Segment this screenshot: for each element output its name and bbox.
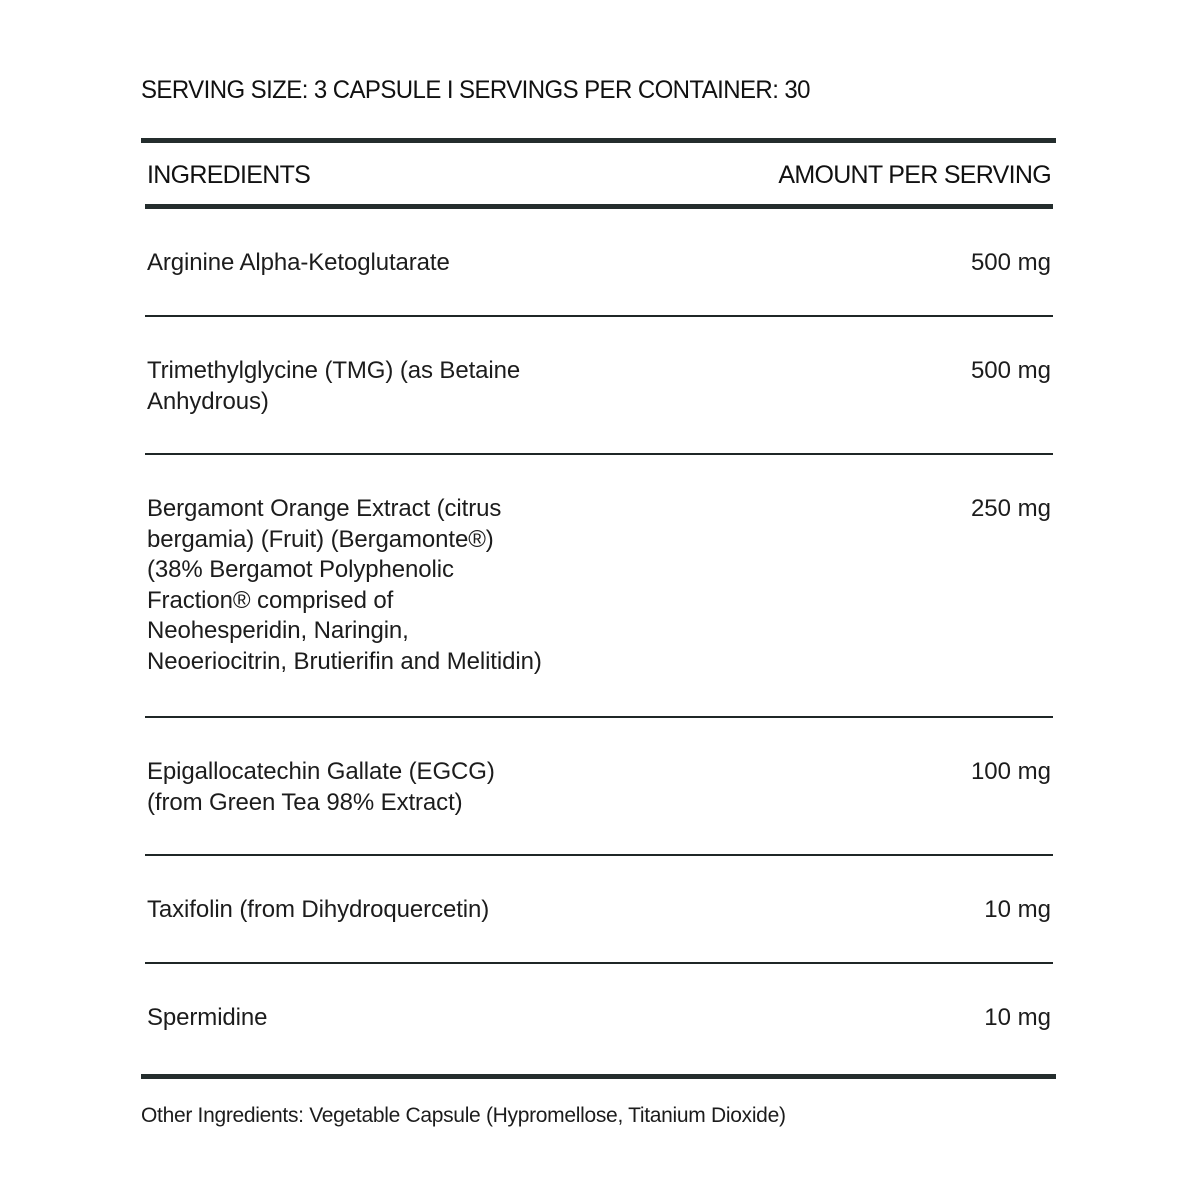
ingredient-name: Spermidine [147,1003,597,1034]
ingredient-name-line: Neoeriocitrin, Brutierifin and Melitidin… [147,647,597,678]
row-divider [145,962,1053,964]
ingredient-name-line: Trimethylglycine (TMG) (as Betaine [147,356,597,387]
ingredient-amount: 250 mg [971,494,1051,525]
header-divider [145,204,1053,209]
ingredient-amount: 10 mg [984,895,1051,926]
row-divider [145,315,1053,317]
ingredient-amount: 500 mg [971,356,1051,387]
ingredient-name: Taxifolin (from Dihydroquercetin) [147,895,597,926]
column-header-row: INGREDIENTS AMOUNT PER SERVING [147,161,1051,190]
ingredient-name-line: Neohesperidin, Naringin, [147,616,597,647]
ingredient-name: Arginine Alpha-Ketoglutarate [147,248,597,279]
ingredient-name-line: Arginine Alpha-Ketoglutarate [147,248,597,279]
ingredient-row: Spermidine 10 mg [147,1003,1051,1034]
serving-info: SERVING SIZE: 3 CAPSULE I SERVINGS PER C… [141,76,810,105]
ingredient-name: Trimethylglycine (TMG) (as Betaine Anhyd… [147,356,597,417]
ingredient-name-line: (from Green Tea 98% Extract) [147,788,597,819]
ingredient-name-line: Bergamont Orange Extract (citrus [147,494,597,525]
row-divider [145,716,1053,718]
ingredient-name: Epigallocatechin Gallate (EGCG) (from Gr… [147,757,597,818]
ingredient-name-line: Fraction® comprised of [147,586,597,617]
top-divider [141,138,1056,143]
other-ingredients-note: Other Ingredients: Vegetable Capsule (Hy… [141,1104,786,1128]
ingredient-name-line: Spermidine [147,1003,597,1034]
ingredients-column-header: INGREDIENTS [147,161,310,190]
ingredient-row: Epigallocatechin Gallate (EGCG) (from Gr… [147,757,1051,818]
row-divider [145,453,1053,455]
amount-column-header: AMOUNT PER SERVING [778,161,1051,190]
ingredient-name-line: (38% Bergamot Polyphenolic [147,555,597,586]
ingredient-name-line: Epigallocatechin Gallate (EGCG) [147,757,597,788]
ingredient-name-line: Anhydrous) [147,387,597,418]
ingredient-amount: 500 mg [971,248,1051,279]
ingredient-name: Bergamont Orange Extract (citrus bergami… [147,494,597,677]
ingredient-amount: 10 mg [984,1003,1051,1034]
ingredient-row: Arginine Alpha-Ketoglutarate 500 mg [147,248,1051,279]
bottom-divider [141,1074,1056,1079]
ingredient-row: Taxifolin (from Dihydroquercetin) 10 mg [147,895,1051,926]
ingredient-row: Trimethylglycine (TMG) (as Betaine Anhyd… [147,356,1051,417]
ingredient-row: Bergamont Orange Extract (citrus bergami… [147,494,1051,677]
row-divider [145,854,1053,856]
ingredient-amount: 100 mg [971,757,1051,788]
ingredient-name-line: bergamia) (Fruit) (Bergamonte®) [147,525,597,556]
ingredient-name-line: Taxifolin (from Dihydroquercetin) [147,895,597,926]
